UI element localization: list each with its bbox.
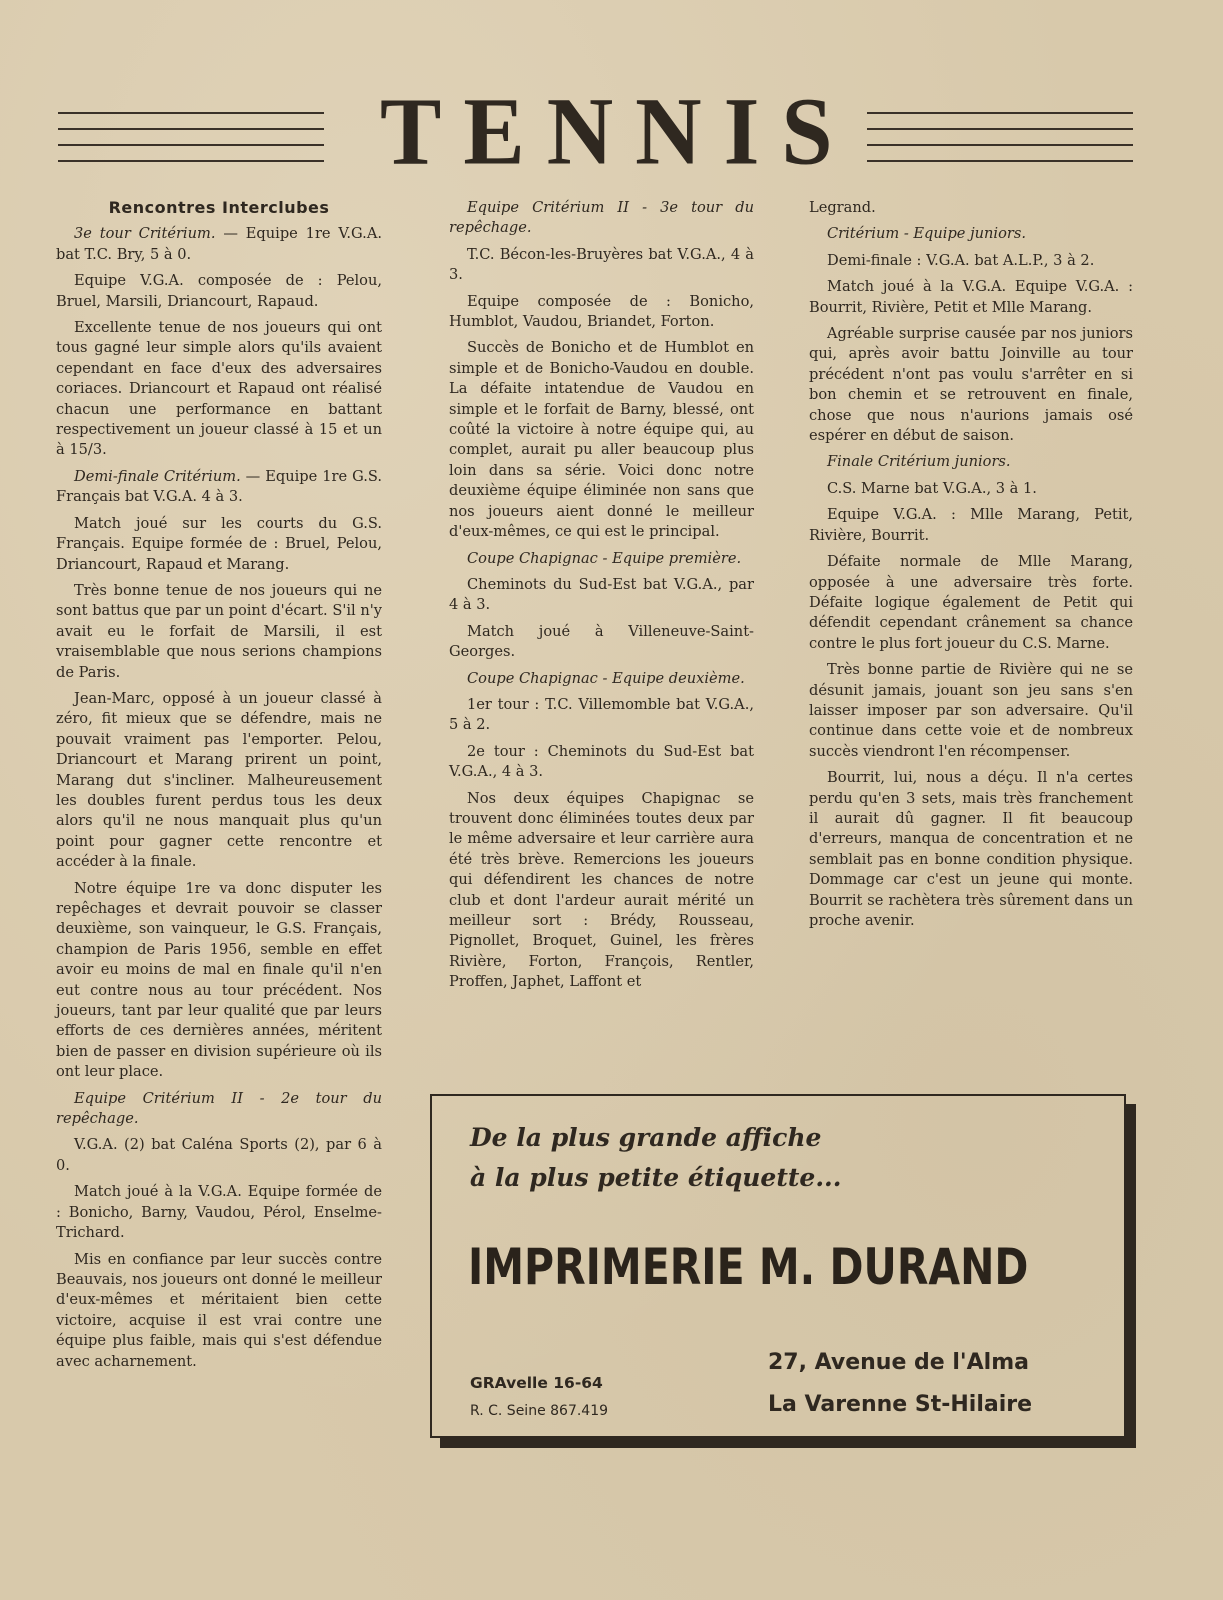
paragraph: Equipe V.G.A. composée de : Pelou, Bruel… (56, 271, 382, 312)
paragraph: Demi-finale : V.G.A. bat A.L.P., 3 à 2. (809, 251, 1133, 271)
subheading: Critérium - Equipe juniors. (809, 224, 1133, 244)
subheading: Demi-finale Critérium. (74, 468, 241, 485)
ad-company-name: IMPRIMERIE M. DURAND (468, 1238, 976, 1296)
paragraph: Match joué à la V.G.A. Equipe formée de … (56, 1182, 382, 1243)
paragraph: Agréable surprise causée par nos juniors… (809, 324, 1133, 446)
rule-line (867, 128, 1133, 130)
paragraph: Match joué à Villeneuve-Saint-Georges. (449, 622, 754, 663)
rule-line (58, 160, 324, 162)
subheading: Finale Critérium juniors. (809, 452, 1133, 472)
paragraph: C.S. Marne bat V.G.A., 3 à 1. (809, 479, 1133, 499)
paragraph: Nos deux équipes Chapignac se trouvent d… (449, 789, 754, 993)
section-title: TENNIS (380, 84, 810, 179)
paragraph: Succès de Bonicho et de Humblot en simpl… (449, 338, 754, 542)
paragraph: 1er tour : T.C. Villemomble bat V.G.A., … (449, 695, 754, 736)
article-heading: Rencontres Interclubes (56, 198, 382, 218)
paragraph: Bourrit, lui, nous a déçu. Il n'a certes… (809, 768, 1133, 931)
decorative-rules-right (867, 112, 1133, 162)
ad-slogan-line-2: à la plus petite étiquette... (470, 1158, 841, 1198)
rule-line (58, 128, 324, 130)
paragraph: V.G.A. (2) bat Caléna Sports (2), par 6 … (56, 1135, 382, 1176)
printer-advertisement: De la plus grande affiche à la plus peti… (430, 1094, 1126, 1438)
article-column-2: Equipe Critérium II - 3e tour du repêcha… (449, 198, 754, 999)
paragraph: Equipe V.G.A. : Mlle Marang, Petit, Rivi… (809, 505, 1133, 546)
rule-line (867, 160, 1133, 162)
ad-slogan: De la plus grande affiche à la plus peti… (470, 1118, 841, 1198)
paragraph: Jean-Marc, opposé à un joueur classé à z… (56, 689, 382, 873)
paragraph: Très bonne tenue de nos joueurs qui ne s… (56, 581, 382, 683)
paragraph: Cheminots du Sud-Est bat V.G.A., par 4 à… (449, 575, 754, 616)
ad-address-line-1: 27, Avenue de l'Alma (768, 1350, 1029, 1375)
ad-phone: GRAvelle 16-64 (470, 1374, 603, 1392)
article-column-1: Rencontres Interclubes 3e tour Critérium… (56, 198, 382, 1378)
subheading: 3e tour Critérium. (74, 225, 215, 242)
rule-line (58, 144, 324, 146)
paragraph: Défaite normale de Mlle Marang, opposée … (809, 552, 1133, 654)
paragraph: Match joué à la V.G.A. Equipe V.G.A. : B… (809, 277, 1133, 318)
paragraph: 3e tour Critérium. — Equipe 1re V.G.A. b… (56, 224, 382, 265)
article-column-3: Legrand. Critérium - Equipe juniors. Dem… (809, 198, 1133, 937)
ad-address-line-2: La Varenne St-Hilaire (768, 1392, 1032, 1417)
subheading: Equipe Critérium II - 3e tour du repêcha… (449, 198, 754, 239)
subheading: Coupe Chapignac - Equipe première. (449, 549, 754, 569)
magazine-page: TENNIS Rencontres Interclubes 3e tour Cr… (0, 0, 1223, 1600)
paragraph: Equipe composée de : Bonicho, Humblot, V… (449, 292, 754, 333)
paragraph: Match joué sur les courts du G.S. França… (56, 514, 382, 575)
rule-line (867, 144, 1133, 146)
ad-registry: R. C. Seine 867.419 (470, 1403, 608, 1419)
paragraph: Très bonne partie de Rivière qui ne se d… (809, 660, 1133, 762)
rule-line (867, 112, 1133, 114)
paragraph-continuation: Legrand. (809, 198, 1133, 218)
subheading: Coupe Chapignac - Equipe deuxième. (449, 669, 754, 689)
paragraph: Excellente tenue de nos joueurs qui ont … (56, 318, 382, 461)
ad-slogan-line-1: De la plus grande affiche (470, 1118, 841, 1158)
rule-line (58, 112, 324, 114)
paragraph: T.C. Bécon-les-Bruyères bat V.G.A., 4 à … (449, 245, 754, 286)
paragraph: Mis en confiance par leur succès contre … (56, 1250, 382, 1372)
decorative-rules-left (58, 112, 324, 162)
paragraph: 2e tour : Cheminots du Sud-Est bat V.G.A… (449, 742, 754, 783)
subheading: Equipe Critérium II - 2e tour du repêcha… (56, 1089, 382, 1130)
section-header: TENNIS (58, 90, 1153, 170)
paragraph: Demi-finale Critérium. — Equipe 1re G.S.… (56, 467, 382, 508)
paragraph: Notre équipe 1re va donc disputer les re… (56, 879, 382, 1083)
